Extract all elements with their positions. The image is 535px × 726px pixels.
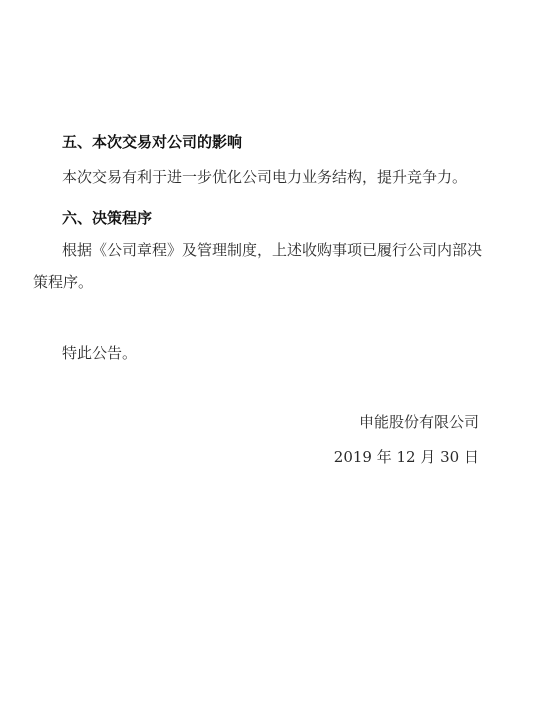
paragraph-decision-line-1: 根据《公司章程》及管理制度，上述收购事项已履行公司内部决 [62,242,482,258]
document-page: 五、本次交易对公司的影响 本次交易有利于进一步优化公司电力业务结构，提升竞争力。… [0,0,535,726]
section-heading-impact: 五、本次交易对公司的影响 [62,134,242,150]
signature-date: 2019 年 12 月 30 日 [334,449,479,465]
closing-statement: 特此公告。 [62,345,137,361]
paragraph-decision-line-2: 策程序。 [33,274,93,290]
paragraph-impact-line-1: 本次交易有利于进一步优化公司电力业务结构，提升竞争力。 [62,169,467,185]
signature-company: 申能股份有限公司 [359,414,479,430]
section-heading-decision-procedure: 六、决策程序 [62,210,152,226]
